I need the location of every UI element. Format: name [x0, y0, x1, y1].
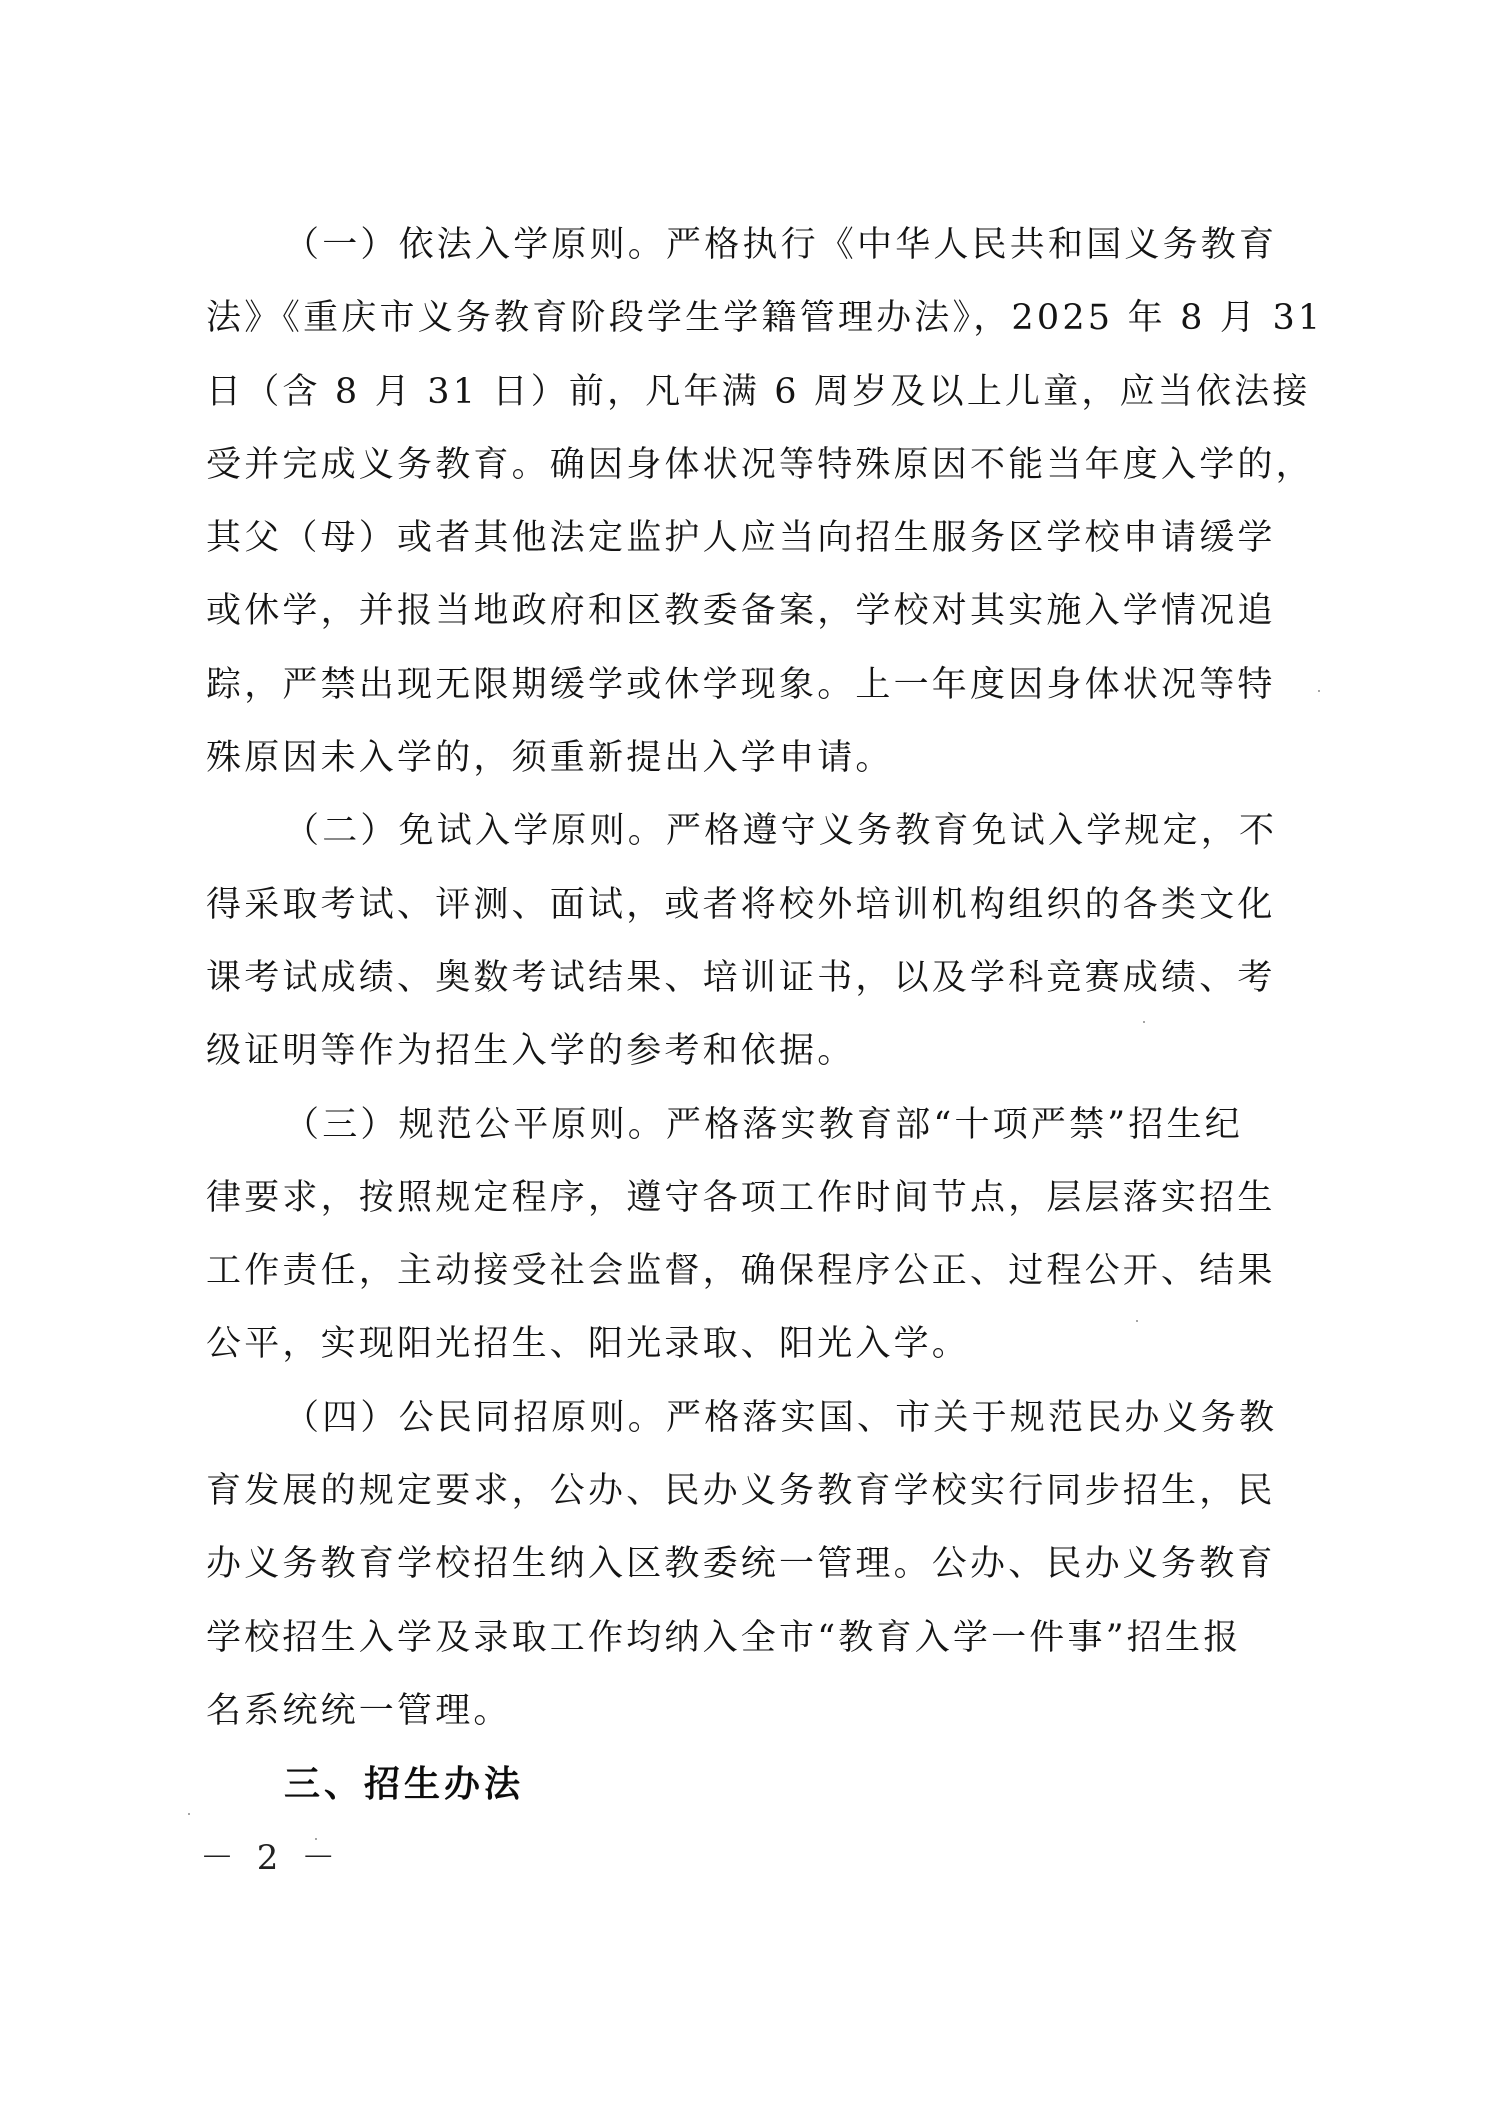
- scan-speck: [1143, 1021, 1145, 1023]
- paragraph-line: （三）规范公平原则。严格落实教育部“十项严禁”招生纪: [206, 1089, 1296, 1162]
- paragraph-line: 工作责任，主动接受社会监督，确保程序公正、过程公开、结果: [206, 1235, 1296, 1308]
- paragraph-line: 律要求，按照规定程序，遵守各项工作时间节点，层层落实招生: [206, 1162, 1296, 1235]
- paragraph-line: 名系统统一管理。: [206, 1675, 1296, 1748]
- paragraph-line: 踪，严禁出现无限期缓学或休学现象。上一年度因身体状况等特: [206, 649, 1296, 722]
- paragraph-line: 级证明等作为招生入学的参考和依据。: [206, 1015, 1296, 1088]
- paragraph-line: （四）公民同招原则。严格落实国、市关于规范民办义务教: [206, 1382, 1296, 1455]
- paragraph-line: 或休学，并报当地政府和区教委备案，学校对其实施入学情况追: [206, 575, 1296, 648]
- paragraph-line: 日（含 8 月 31 日）前，凡年满 6 周岁及以上儿童，应当依法接: [206, 356, 1296, 429]
- section-heading: 三、招生办法: [206, 1748, 1296, 1821]
- paragraph-line: 课考试成绩、奥数考试结果、培训证书，以及学科竞赛成绩、考: [206, 942, 1296, 1015]
- paragraph-principle-1: （一）依法入学原则。严格执行《中华人民共和国义务教育 法》《重庆市义务教育阶段学…: [206, 209, 1296, 795]
- paragraph-line: 育发展的规定要求，公办、民办义务教育学校实行同步招生，民: [206, 1455, 1296, 1528]
- paragraph-principle-3: （三）规范公平原则。严格落实教育部“十项严禁”招生纪 律要求，按照规定程序，遵守…: [206, 1089, 1296, 1382]
- paragraph-line: 法》《重庆市义务教育阶段学生学籍管理办法》，2025 年 8 月 31: [206, 282, 1296, 355]
- paragraph-line: 得采取考试、评测、面试，或者将校外培训机构组织的各类文化: [206, 869, 1296, 942]
- scan-speck: [315, 1838, 317, 1840]
- paragraph-line: （一）依法入学原则。严格执行《中华人民共和国义务教育: [206, 209, 1296, 282]
- paragraph-principle-2: （二）免试入学原则。严格遵守义务教育免试入学规定，不 得采取考试、评测、面试，或…: [206, 795, 1296, 1088]
- paragraph-principle-4: （四）公民同招原则。严格落实国、市关于规范民办义务教 育发展的规定要求，公办、民…: [206, 1382, 1296, 1748]
- document-page: （一）依法入学原则。严格执行《中华人民共和国义务教育 法》《重庆市义务教育阶段学…: [0, 0, 1490, 2104]
- page-number: － 2 －: [200, 1830, 341, 1879]
- paragraph-line: （二）免试入学原则。严格遵守义务教育免试入学规定，不: [206, 795, 1296, 868]
- paragraph-line: 公平，实现阳光招生、阳光录取、阳光入学。: [206, 1308, 1296, 1381]
- paragraph-line: 办义务教育学校招生纳入区教委统一管理。公办、民办义务教育: [206, 1528, 1296, 1601]
- scan-speck: [188, 1813, 190, 1815]
- paragraph-line: 其父（母）或者其他法定监护人应当向招生服务区学校申请缓学: [206, 502, 1296, 575]
- paragraph-line: 学校招生入学及录取工作均纳入全市“教育入学一件事”招生报: [206, 1602, 1296, 1675]
- paragraph-line: 殊原因未入学的，须重新提出入学申请。: [206, 722, 1296, 795]
- paragraph-line: 受并完成义务教育。确因身体状况等特殊原因不能当年度入学的，: [206, 429, 1296, 502]
- document-body: （一）依法入学原则。严格执行《中华人民共和国义务教育 法》《重庆市义务教育阶段学…: [206, 209, 1296, 1822]
- scan-speck: [1136, 1320, 1138, 1322]
- scan-speck: [1318, 690, 1320, 692]
